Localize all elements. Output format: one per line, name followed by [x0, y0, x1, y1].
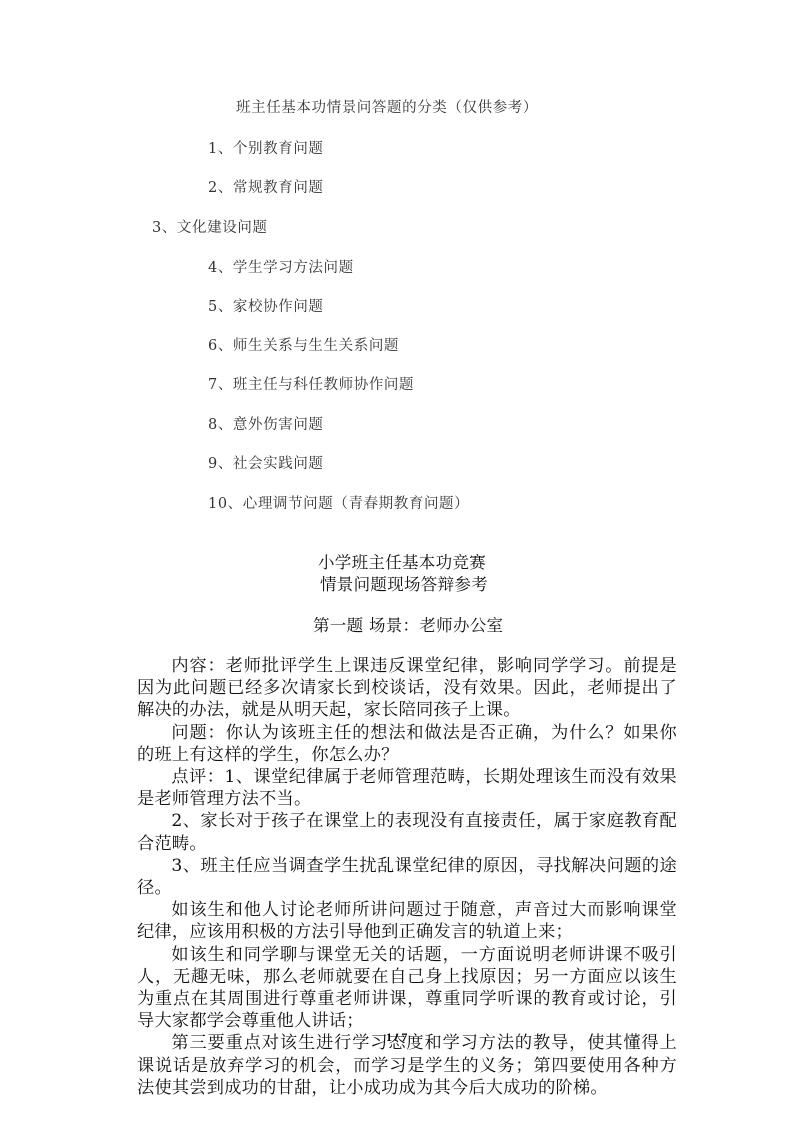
paragraph-question: 问题：你认为该班主任的想法和做法是否正确，为什么？如果你的班上有这样的学生，你怎…	[137, 722, 677, 766]
category-item: 6、师生关系与生生关系问题	[208, 334, 399, 355]
paragraph-content: 内容：老师批评学生上课违反课堂纪律，影响同学学习。前提是因为此问题已经多次请家长…	[137, 655, 677, 722]
paragraph-comment-3: 3、班主任应当调查学生扰乱课堂纪律的原因，寻找解决问题的途径。	[137, 855, 677, 899]
document-title: 班主任基本功情景问答题的分类（仅供参考）	[236, 96, 538, 117]
category-item: 1、个别教育问题	[208, 137, 324, 158]
category-item: 5、家校协作问题	[208, 295, 324, 316]
paragraph-case-2: 如该生和同学聊与课堂无关的话题，一方面说明老师讲课不吸引人，无趣无味，那么老师就…	[137, 944, 677, 1033]
section-title: 小学班主任基本功竞赛	[318, 549, 486, 573]
question-heading: 第一题 场景：老师办公室	[313, 612, 503, 636]
paragraph-case-1: 如该生和他人讨论老师所讲问题过于随意，声音过大而影响课堂纪律，应该用积极的方法引…	[137, 899, 677, 943]
category-item: 8、意外伤害问题	[208, 413, 324, 434]
paragraph-comment-2: 2、家长对于孩子在课堂上的表现没有直接责任，属于家庭教育配合范畴。	[137, 810, 677, 854]
category-item: 3、文化建设问题	[152, 216, 268, 237]
category-item: 2、常规教育问题	[208, 176, 324, 197]
paragraph-comment-1: 点评：1、课堂纪律属于老师管理范畴，长期处理该生而没有效果是老师管理方法不当。	[137, 766, 677, 810]
section-subtitle: 情景问题现场答辩参考	[320, 571, 488, 595]
category-item: 10、心理调节问题（青春期教育问题）	[208, 492, 469, 513]
category-item: 4、学生学习方法问题	[208, 256, 354, 277]
category-item: 7、班主任与科任教师协作问题	[208, 373, 414, 394]
category-item: 9、社会实践问题	[208, 452, 324, 473]
page-number: 1 / 7	[386, 1030, 407, 1045]
